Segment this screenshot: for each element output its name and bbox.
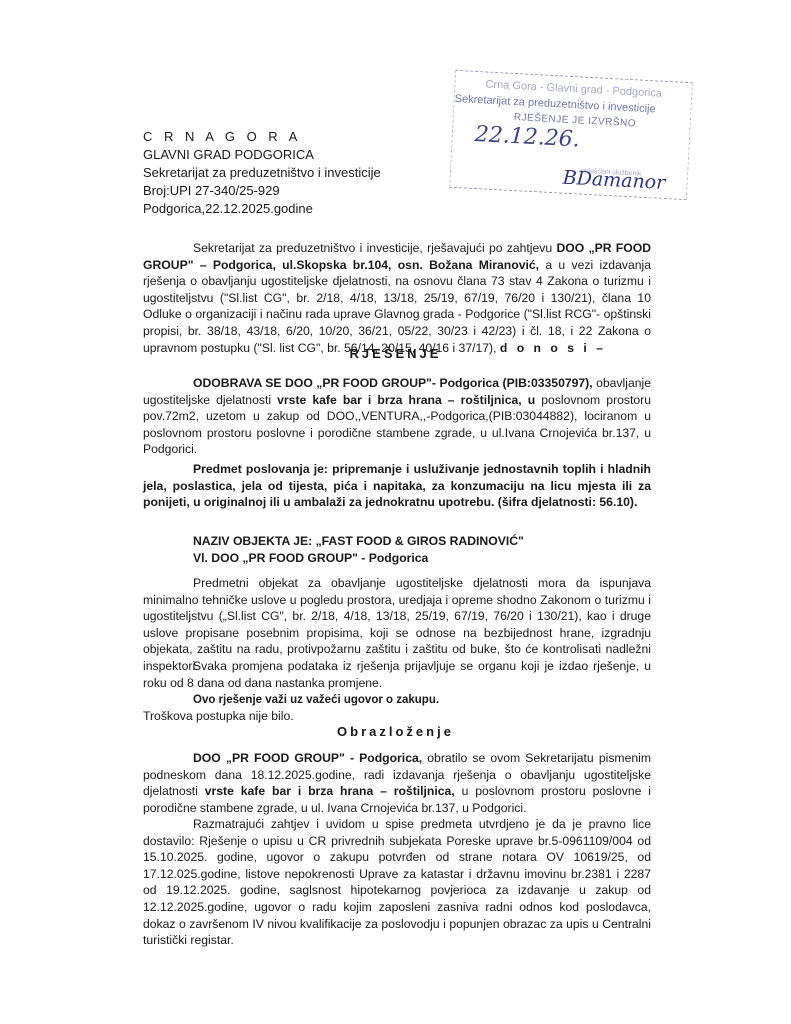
header-city: GLAVNI GRAD PODGORICA	[143, 146, 381, 164]
document-page: Crna Gora - Glavni grad - Podgorica Sekr…	[0, 0, 791, 1024]
document-header: C R N A G O R A GLAVNI GRAD PODGORICA Se…	[143, 128, 381, 218]
lease-validity: Ovo rješenje važi uz važeći ugovor o zak…	[193, 692, 701, 709]
preamble-paragraph: Sekretarijat za preduzetništvo i investi…	[143, 240, 651, 356]
object-owner: Vl. DOO „PR FOOD GROUP" - Podgorica	[193, 550, 701, 567]
reasoning-paragraph-1: DOO „PR FOOD GROUP" - Podgorica, obratil…	[143, 750, 651, 816]
object-name: NAZIV OBJEKTA JE: „FAST FOOD & GIROS RAD…	[193, 533, 701, 550]
header-number: Broj:UPI 27-340/25-929	[143, 182, 381, 200]
reasoning-applicant: DOO „PR FOOD GROUP" - Podgorica,	[193, 751, 422, 765]
reasoning-title: Obrazloženje	[0, 724, 791, 739]
header-department: Sekretarijat za preduzetništvo i investi…	[143, 164, 381, 182]
signature: BDamanor	[562, 167, 666, 194]
reasoning-activity: vrste kafe bar i brza hrana – roštiljnic…	[205, 784, 455, 798]
decision-title: RJEŠENJE	[0, 346, 791, 361]
subject-paragraph: Predmet poslovanja je: pripremanje i usl…	[143, 461, 651, 511]
activity-type: vrste kafe bar i brza hrana – roštiljnic…	[277, 393, 535, 407]
reasoning-paragraph-2: Razmatrajući zahtjev i uvidom u spise pr…	[143, 816, 651, 949]
approval-bold: ODOBRAVA SE DOO „PR FOOD GROUP"- Podgori…	[193, 376, 593, 390]
changes-paragraph: Svaka promjena podataka iz rješenja prij…	[143, 658, 651, 691]
header-country: C R N A G O R A	[143, 128, 381, 146]
approval-paragraph: ODOBRAVA SE DOO „PR FOOD GROUP"- Podgori…	[143, 375, 651, 458]
stamp-date: 22.12.26.	[474, 122, 580, 152]
official-stamp: Crna Gora - Glavni grad - Podgorica Sekr…	[449, 70, 693, 200]
preamble-text-1: Sekretarijat za preduzetništvo i investi…	[193, 241, 556, 255]
costs-note: Troškova postupka nije bilo.	[143, 708, 651, 725]
header-place-date: Podgorica,22.12.2025.godine	[143, 200, 381, 218]
